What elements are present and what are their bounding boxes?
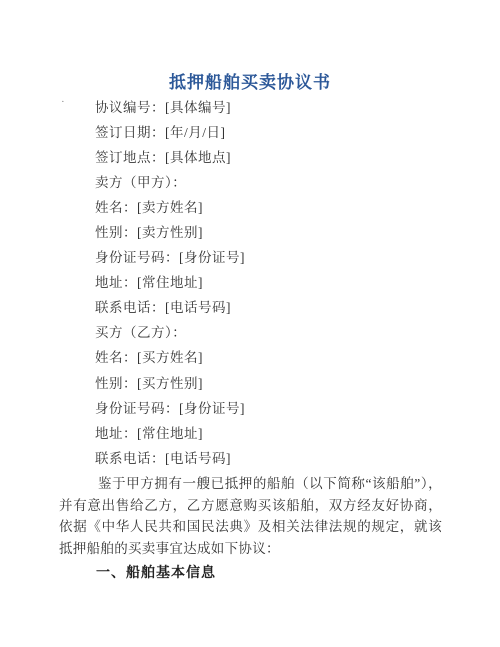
agreement-field-line: 买方（乙方）： xyxy=(95,319,500,344)
agreement-field-line: 姓名：[买方姓名] xyxy=(95,344,500,369)
agreement-field-line: 身份证号码：[身份证号] xyxy=(95,394,500,419)
agreement-field-line: 联系电话：[电话号码] xyxy=(95,294,500,319)
stray-bullet-mark: · xyxy=(61,96,65,108)
agreement-field-line: 卖方（甲方）： xyxy=(95,168,500,193)
agreement-field-line: 性别：[买方性别] xyxy=(95,369,500,394)
agreement-field-line: 性别：[卖方性别] xyxy=(95,218,500,243)
agreement-field-line: 协议编号：[具体编号] xyxy=(95,93,500,118)
agreement-field-list: 协议编号：[具体编号] 签订日期：[年/月/日] 签订地点：[具体地点] 卖方（… xyxy=(95,93,500,469)
agreement-field-line: 身份证号码：[身份证号] xyxy=(95,244,500,269)
agreement-field-line: 签订地点：[具体地点] xyxy=(95,143,500,168)
agreement-field-line: 姓名：[卖方姓名] xyxy=(95,193,500,218)
agreement-field-line: 地址：[常住地址] xyxy=(95,419,500,444)
section-heading-ship-basic-info: 一、船舶基本信息 xyxy=(96,562,500,582)
agreement-field-line: 联系电话：[电话号码] xyxy=(95,444,500,469)
document-title: 抵押船舶买卖协议书 xyxy=(0,0,500,91)
preamble-paragraph: 鉴于甲方拥有一艘已抵押的船舶（以下简称“该船舶”），并有意出售给乙方，乙方愿意购… xyxy=(59,473,442,559)
agreement-field-line: 地址：[常住地址] xyxy=(95,269,500,294)
document-page: 抵押船舶买卖协议书 · 协议编号：[具体编号] 签订日期：[年/月/日] 签订地… xyxy=(0,0,500,647)
agreement-field-line: 签订日期：[年/月/日] xyxy=(95,118,500,143)
